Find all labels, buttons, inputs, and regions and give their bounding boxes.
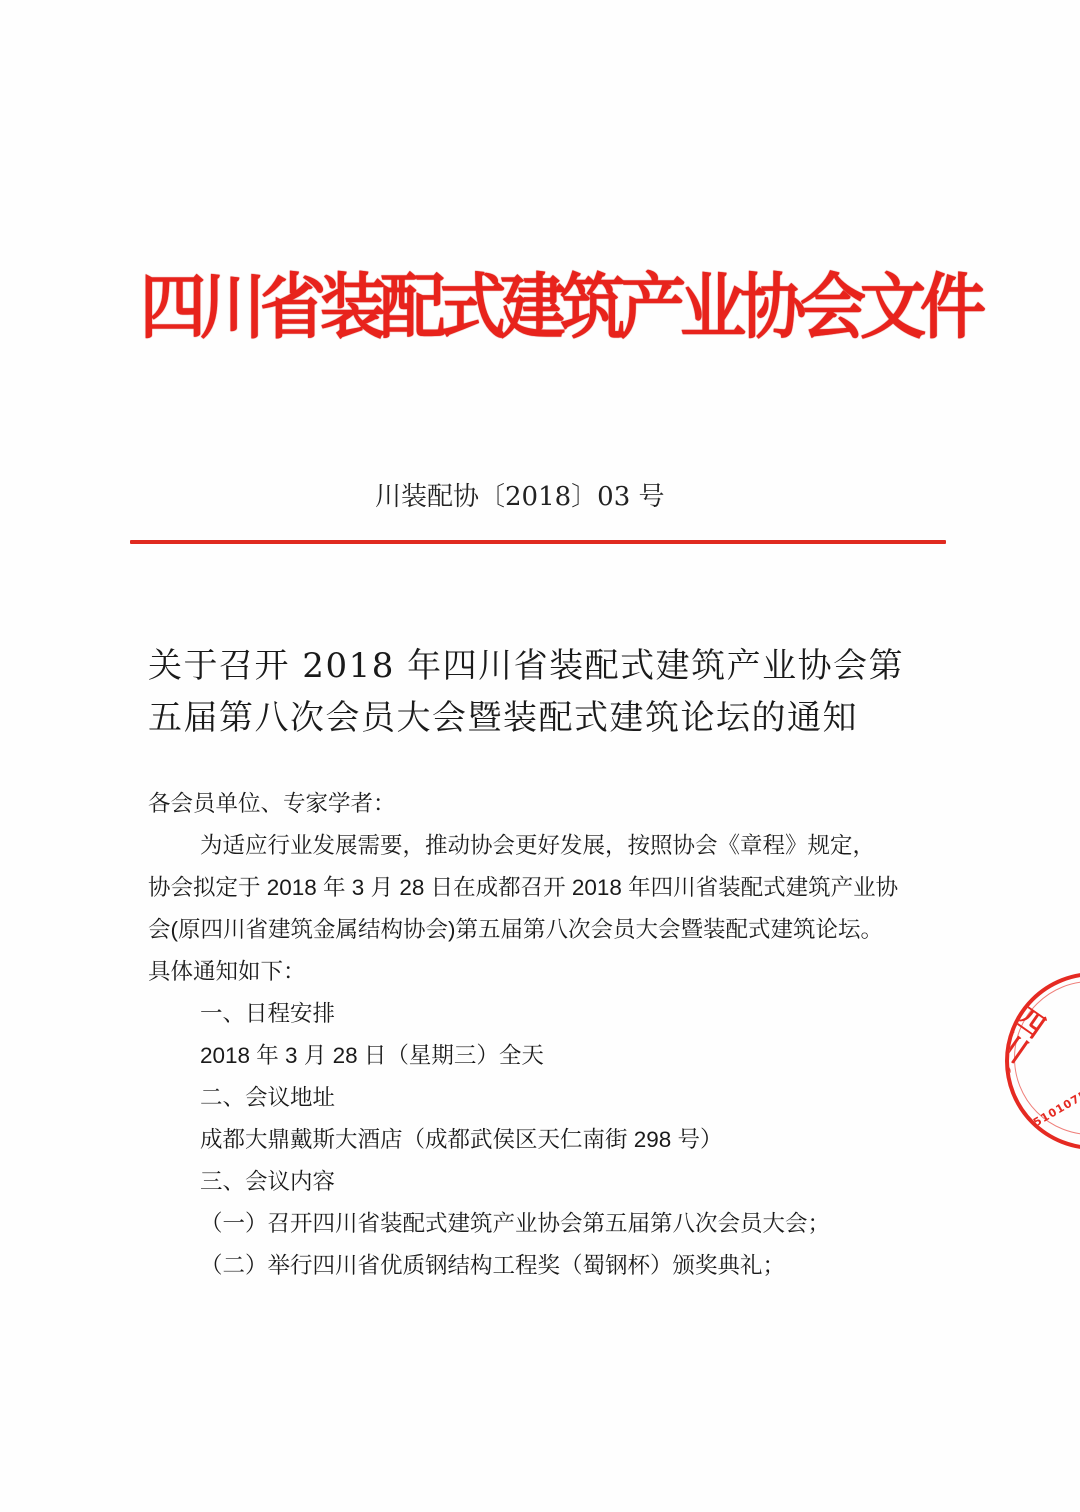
stamp-org-text: 四川省装 bbox=[1005, 994, 1053, 1118]
notice-title: 关于召开 2018 年四川省装配式建筑产业协会第 五届第八次会员大会暨装配式建筑… bbox=[148, 640, 988, 744]
stamp-inner-ring bbox=[1014, 981, 1080, 1135]
red-divider-rule bbox=[130, 540, 946, 544]
intro-line-4: 具体通知如下： bbox=[148, 951, 988, 993]
agenda-item-2: （二）举行四川省优质钢结构工程奖（蜀钢杯）颁奖典礼； bbox=[148, 1245, 988, 1287]
intro-line-2: 协会拟定于 2018 年 3 月 28 日在成都召开 2018 年四川省装配式建… bbox=[148, 867, 988, 909]
salutation: 各会员单位、专家学者： bbox=[148, 783, 988, 825]
stamp-code-text: 51010753 bbox=[1031, 1083, 1080, 1129]
agenda-item-1: （一）召开四川省装配式建筑产业协会第五届第八次会员大会； bbox=[148, 1203, 988, 1245]
intro-line-1: 为适应行业发展需要，推动协会更好发展，按照协会《章程》规定， bbox=[148, 825, 988, 867]
notice-title-line-1: 关于召开 2018 年四川省装配式建筑产业协会第 bbox=[148, 640, 988, 692]
document-page: 四川省装配式建筑产业协会文件 川装配协〔2018〕03 号 关于召开 2018 … bbox=[0, 0, 1080, 1512]
document-number: 川装配协〔2018〕03 号 bbox=[375, 475, 695, 519]
section-heading-agenda: 三、会议内容 bbox=[148, 1161, 988, 1203]
section-content-venue: 成都大鼎戴斯大酒店（成都武侯区天仁南街 298 号） bbox=[148, 1119, 988, 1161]
official-seal-stamp: 四川省装 51010753 bbox=[1005, 972, 1080, 1150]
intro-line-3: 会(原四川省建筑金属结构协会)第五届第八次会员大会暨装配式建筑论坛。 bbox=[148, 909, 988, 951]
section-content-schedule: 2018 年 3 月 28 日（星期三）全天 bbox=[148, 1035, 988, 1077]
section-heading-schedule: 一、日程安排 bbox=[148, 993, 988, 1035]
issuing-organization-header: 四川省装配式建筑产业协会文件 bbox=[140, 258, 940, 355]
section-heading-venue: 二、会议地址 bbox=[148, 1077, 988, 1119]
notice-body: 各会员单位、专家学者： 为适应行业发展需要，推动协会更好发展，按照协会《章程》规… bbox=[148, 783, 988, 1287]
notice-title-line-2: 五届第八次会员大会暨装配式建筑论坛的通知 bbox=[148, 692, 988, 744]
